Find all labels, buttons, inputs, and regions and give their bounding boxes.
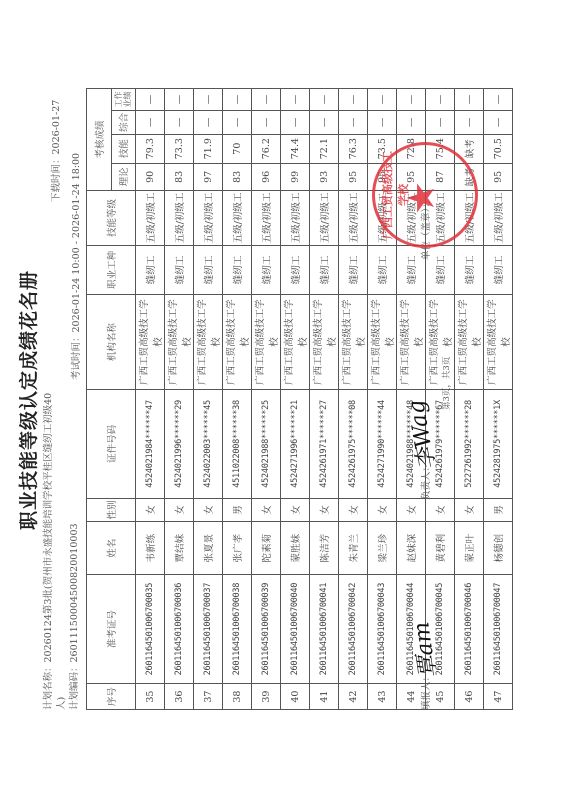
cell-id-no: 5227261992******28 xyxy=(455,390,484,499)
header-comprehensive: 综合 xyxy=(111,111,136,135)
cell-comprehensive: — xyxy=(397,111,426,135)
download-time-label: 下载时间： xyxy=(51,154,62,202)
cell-gender: 女 xyxy=(455,498,484,522)
plan-number-value: 26011150004500820010003 xyxy=(69,523,80,662)
cell-comprehensive: — xyxy=(281,111,310,135)
cell-gender: 女 xyxy=(397,498,426,522)
cell-theory: 97 xyxy=(194,163,223,190)
cell-comprehensive: — xyxy=(484,111,513,135)
header-id-no: 证件号码 xyxy=(87,390,136,499)
table-row: 402601164501006700040蒙胜妹女4524271996*****… xyxy=(281,89,310,710)
cell-level: 五级/初级工 xyxy=(310,191,339,246)
cell-comprehensive: — xyxy=(368,111,397,135)
header-performance: 工作业绩 xyxy=(111,89,136,111)
cell-ticket-no: 2601164501006700043 xyxy=(368,574,397,683)
cell-id-no: 4524022003******45 xyxy=(194,390,223,499)
cell-ticket-no: 2601164501006700039 xyxy=(252,574,281,683)
cell-id-no: 4524271990******44 xyxy=(368,390,397,499)
cell-comprehensive: — xyxy=(310,111,339,135)
cell-performance: — xyxy=(281,89,310,111)
cell-comprehensive: — xyxy=(136,111,165,135)
cell-performance: — xyxy=(136,89,165,111)
page-title: 职业技能等级认定成绩花名册 xyxy=(14,0,41,800)
cell-comprehensive: — xyxy=(252,111,281,135)
header-serial: 序号 xyxy=(87,684,136,710)
cell-performance: — xyxy=(426,89,455,111)
header-level: 技能等级 xyxy=(87,191,136,246)
cell-name: 陈洁芳 xyxy=(310,522,339,575)
cell-comprehensive: — xyxy=(455,111,484,135)
document-page: 职业技能等级认定成绩花名册 计划名称：20260124第3批(贺州市永盛技能培训… xyxy=(0,0,566,800)
cell-gender: 女 xyxy=(194,498,223,522)
cell-institution: 广西工贸高级技工学校 xyxy=(455,295,484,390)
cell-performance: — xyxy=(194,89,223,111)
cell-gender: 女 xyxy=(368,498,397,522)
cell-comprehensive: — xyxy=(194,111,223,135)
cell-id-no: 4524261975******08 xyxy=(339,390,368,499)
cell-gender: 女 xyxy=(426,498,455,522)
star-icon: ★ xyxy=(401,181,441,215)
cell-skill: 70.5 xyxy=(484,134,513,163)
cell-performance: — xyxy=(223,89,252,111)
cell-level: 五级/初级工 xyxy=(484,191,513,246)
cell-ticket-no: 2601164501006700035 xyxy=(136,574,165,683)
cell-gender: 女 xyxy=(339,498,368,522)
cell-occupation: 缝纫工 xyxy=(223,245,252,294)
header-occupation: 职业工种 xyxy=(87,245,136,294)
cell-institution: 广西工贸高级技工学校 xyxy=(484,295,513,390)
cell-institution: 广西工贸高级技工学校 xyxy=(339,295,368,390)
cell-gender: 女 xyxy=(281,498,310,522)
cell-name: 杨德创 xyxy=(484,522,513,575)
cell-occupation: 缝纫工 xyxy=(165,245,194,294)
cell-institution: 广西工贸高级技工学校 xyxy=(194,295,223,390)
cell-name: 赵妹深 xyxy=(397,522,426,575)
cell-name: 张广孝 xyxy=(223,522,252,575)
cell-gender: 男 xyxy=(223,498,252,522)
download-time: 下载时间：2026-01-27 xyxy=(50,100,63,202)
cell-serial: 42 xyxy=(339,684,368,710)
cell-serial: 46 xyxy=(455,684,484,710)
cell-theory: 90 xyxy=(136,163,165,190)
cell-occupation: 缝纫工 xyxy=(136,245,165,294)
cell-id-no: 4511022008******38 xyxy=(223,390,252,499)
cell-theory: 83 xyxy=(223,163,252,190)
cell-serial: 40 xyxy=(281,684,310,710)
cell-performance: — xyxy=(252,89,281,111)
table-row: 372601164501006700037张夏景女4524022003*****… xyxy=(194,89,223,710)
cell-serial: 37 xyxy=(194,684,223,710)
table-row: 412601164501006700041陈洁芳女4524261971*****… xyxy=(310,89,339,710)
cell-level: 五级/初级工 xyxy=(252,191,281,246)
cell-gender: 女 xyxy=(252,498,281,522)
cell-name: 黄碧利 xyxy=(426,522,455,575)
cell-performance: — xyxy=(455,89,484,111)
cell-theory: 99 xyxy=(281,163,310,190)
cell-level: 五级/初级工 xyxy=(194,191,223,246)
download-time-value: 2026-01-27 xyxy=(51,100,62,155)
cell-id-no: 4524021988******25 xyxy=(252,390,281,499)
cell-level: 五级/初级工 xyxy=(339,191,368,246)
cell-serial: 47 xyxy=(484,684,513,710)
cell-comprehensive: — xyxy=(426,111,455,135)
page-number: 第3页，共3页 xyxy=(440,357,452,410)
cell-comprehensive: — xyxy=(339,111,368,135)
cell-ticket-no: 2601164501006700046 xyxy=(455,574,484,683)
cell-level: 五级/初级工 xyxy=(165,191,194,246)
cell-skill: 72.1 xyxy=(310,134,339,163)
cell-theory: 95 xyxy=(339,163,368,190)
cell-gender: 男 xyxy=(484,498,513,522)
plan-number: 计划编码：26011150004500820010003 xyxy=(68,523,81,710)
cell-id-no: 4524271996******21 xyxy=(281,390,310,499)
cell-gender: 女 xyxy=(165,498,194,522)
cell-name: 张夏景 xyxy=(194,522,223,575)
cell-performance: — xyxy=(310,89,339,111)
cell-theory: 96 xyxy=(252,163,281,190)
cell-name: 陀素菊 xyxy=(252,522,281,575)
cell-serial: 35 xyxy=(136,684,165,710)
header-gender: 性别 xyxy=(87,498,136,522)
cell-name: 梁兰珍 xyxy=(368,522,397,575)
cell-institution: 广西工贸高级技工学校 xyxy=(223,295,252,390)
cell-performance: — xyxy=(339,89,368,111)
cell-institution: 广西工贸高级技工学校 xyxy=(397,295,426,390)
cell-level: 五级/初级工 xyxy=(136,191,165,246)
table-row: 362601164501006700036覃结妹女4524021996*****… xyxy=(165,89,194,710)
cell-institution: 广西工贸高级技工学校 xyxy=(310,295,339,390)
plan-number-label: 计划编码： xyxy=(69,662,80,710)
cell-ticket-no: 2601164501006700037 xyxy=(194,574,223,683)
header-theory: 理论 xyxy=(111,163,136,190)
cell-serial: 39 xyxy=(252,684,281,710)
cell-name: 覃结妹 xyxy=(165,522,194,575)
cell-occupation: 缝纫工 xyxy=(281,245,310,294)
cell-occupation: 缝纫工 xyxy=(194,245,223,294)
cell-level: 五级/初级工 xyxy=(223,191,252,246)
cell-comprehensive: — xyxy=(165,111,194,135)
table-row: 382601164501006700038张广孝男4511022008*****… xyxy=(223,89,252,710)
exam-time: 考试时间：2026-01-24 10:00 - 2026-01-24 18:00 xyxy=(70,153,83,380)
cell-level: 五级/初级工 xyxy=(281,191,310,246)
cell-name: 朱青兰 xyxy=(339,522,368,575)
cell-performance: — xyxy=(368,89,397,111)
cell-id-no: 4524261971******27 xyxy=(310,390,339,499)
table-row: 472601164501006700047杨德创男4524281975*****… xyxy=(484,89,513,710)
cell-skill: 74.4 xyxy=(281,134,310,163)
cell-skill: 79.3 xyxy=(136,134,165,163)
cell-institution: 广西工贸高级技工学校 xyxy=(136,295,165,390)
cell-theory: 95 xyxy=(484,163,513,190)
cell-id-no: 4524021996******29 xyxy=(165,390,194,499)
cell-skill: 76.2 xyxy=(252,134,281,163)
exam-time-label: 考试时间： xyxy=(71,332,82,380)
plan-name: 计划名称：20260124第3批(贺州市永盛技能培训学校平桂区缝纫工初级40人) xyxy=(42,380,68,710)
cell-performance: — xyxy=(165,89,194,111)
table-row: 422601164501006700042朱青兰女4524261975*****… xyxy=(339,89,368,710)
header-skill: 技能 xyxy=(111,134,136,163)
cell-skill: 76.3 xyxy=(339,134,368,163)
cell-theory: 83 xyxy=(165,163,194,190)
cell-occupation: 缝纫工 xyxy=(484,245,513,294)
official-seal: 广西工贸高级技工学校 ★ xyxy=(372,142,478,248)
table-row: 392601164501006700039陀素菊女4524021988*****… xyxy=(252,89,281,710)
cell-comprehensive: — xyxy=(223,111,252,135)
cell-skill: 73.3 xyxy=(165,134,194,163)
header-name: 姓名 xyxy=(87,522,136,575)
cell-name: 韦新练 xyxy=(136,522,165,575)
header-scores-group: 考核成绩 xyxy=(87,89,112,191)
cell-occupation: 缝纫工 xyxy=(310,245,339,294)
cell-institution: 广西工贸高级技工学校 xyxy=(252,295,281,390)
cell-serial: 41 xyxy=(310,684,339,710)
table-row: 352601164501006700035韦新练女4524021984*****… xyxy=(136,89,165,710)
cell-occupation: 缝纫工 xyxy=(252,245,281,294)
cell-name: 蒙胜妹 xyxy=(281,522,310,575)
exam-time-value: 2026-01-24 10:00 - 2026-01-24 18:00 xyxy=(71,153,82,333)
cell-serial: 38 xyxy=(223,684,252,710)
cell-gender: 女 xyxy=(136,498,165,522)
cell-performance: — xyxy=(484,89,513,111)
cell-occupation: 缝纫工 xyxy=(455,245,484,294)
cell-ticket-no: 2601164501006700036 xyxy=(165,574,194,683)
plan-name-value: 20260124第3批(贺州市永盛技能培训学校平桂区缝纫工初级40人) xyxy=(43,393,67,710)
cell-institution: 广西工贸高级技工学校 xyxy=(165,295,194,390)
cell-ticket-no: 2601164501006700042 xyxy=(339,574,368,683)
plan-name-label: 计划名称： xyxy=(43,662,54,710)
cell-id-no: 4524281975******1X xyxy=(484,390,513,499)
cell-skill: 71.9 xyxy=(194,134,223,163)
cell-ticket-no: 2601164501006700047 xyxy=(484,574,513,683)
cell-id-no: 4524021984******47 xyxy=(136,390,165,499)
header-institution: 机构名称 xyxy=(87,295,136,390)
cell-ticket-no: 2601164501006700040 xyxy=(281,574,310,683)
cell-occupation: 缝纫工 xyxy=(339,245,368,294)
cell-serial: 36 xyxy=(165,684,194,710)
cell-performance: — xyxy=(397,89,426,111)
cell-theory: 93 xyxy=(310,163,339,190)
cell-institution: 广西工贸高级技工学校 xyxy=(281,295,310,390)
cell-serial: 43 xyxy=(368,684,397,710)
header-ticket-no: 准考证号 xyxy=(87,574,136,683)
cell-occupation: 缝纫工 xyxy=(368,245,397,294)
cell-ticket-no: 2601164501006700038 xyxy=(223,574,252,683)
cell-skill: 70 xyxy=(223,134,252,163)
cell-ticket-no: 2601164501006700041 xyxy=(310,574,339,683)
cell-institution: 广西工贸高级技工学校 xyxy=(368,295,397,390)
cell-gender: 女 xyxy=(310,498,339,522)
cell-name: 蒙正叶 xyxy=(455,522,484,575)
